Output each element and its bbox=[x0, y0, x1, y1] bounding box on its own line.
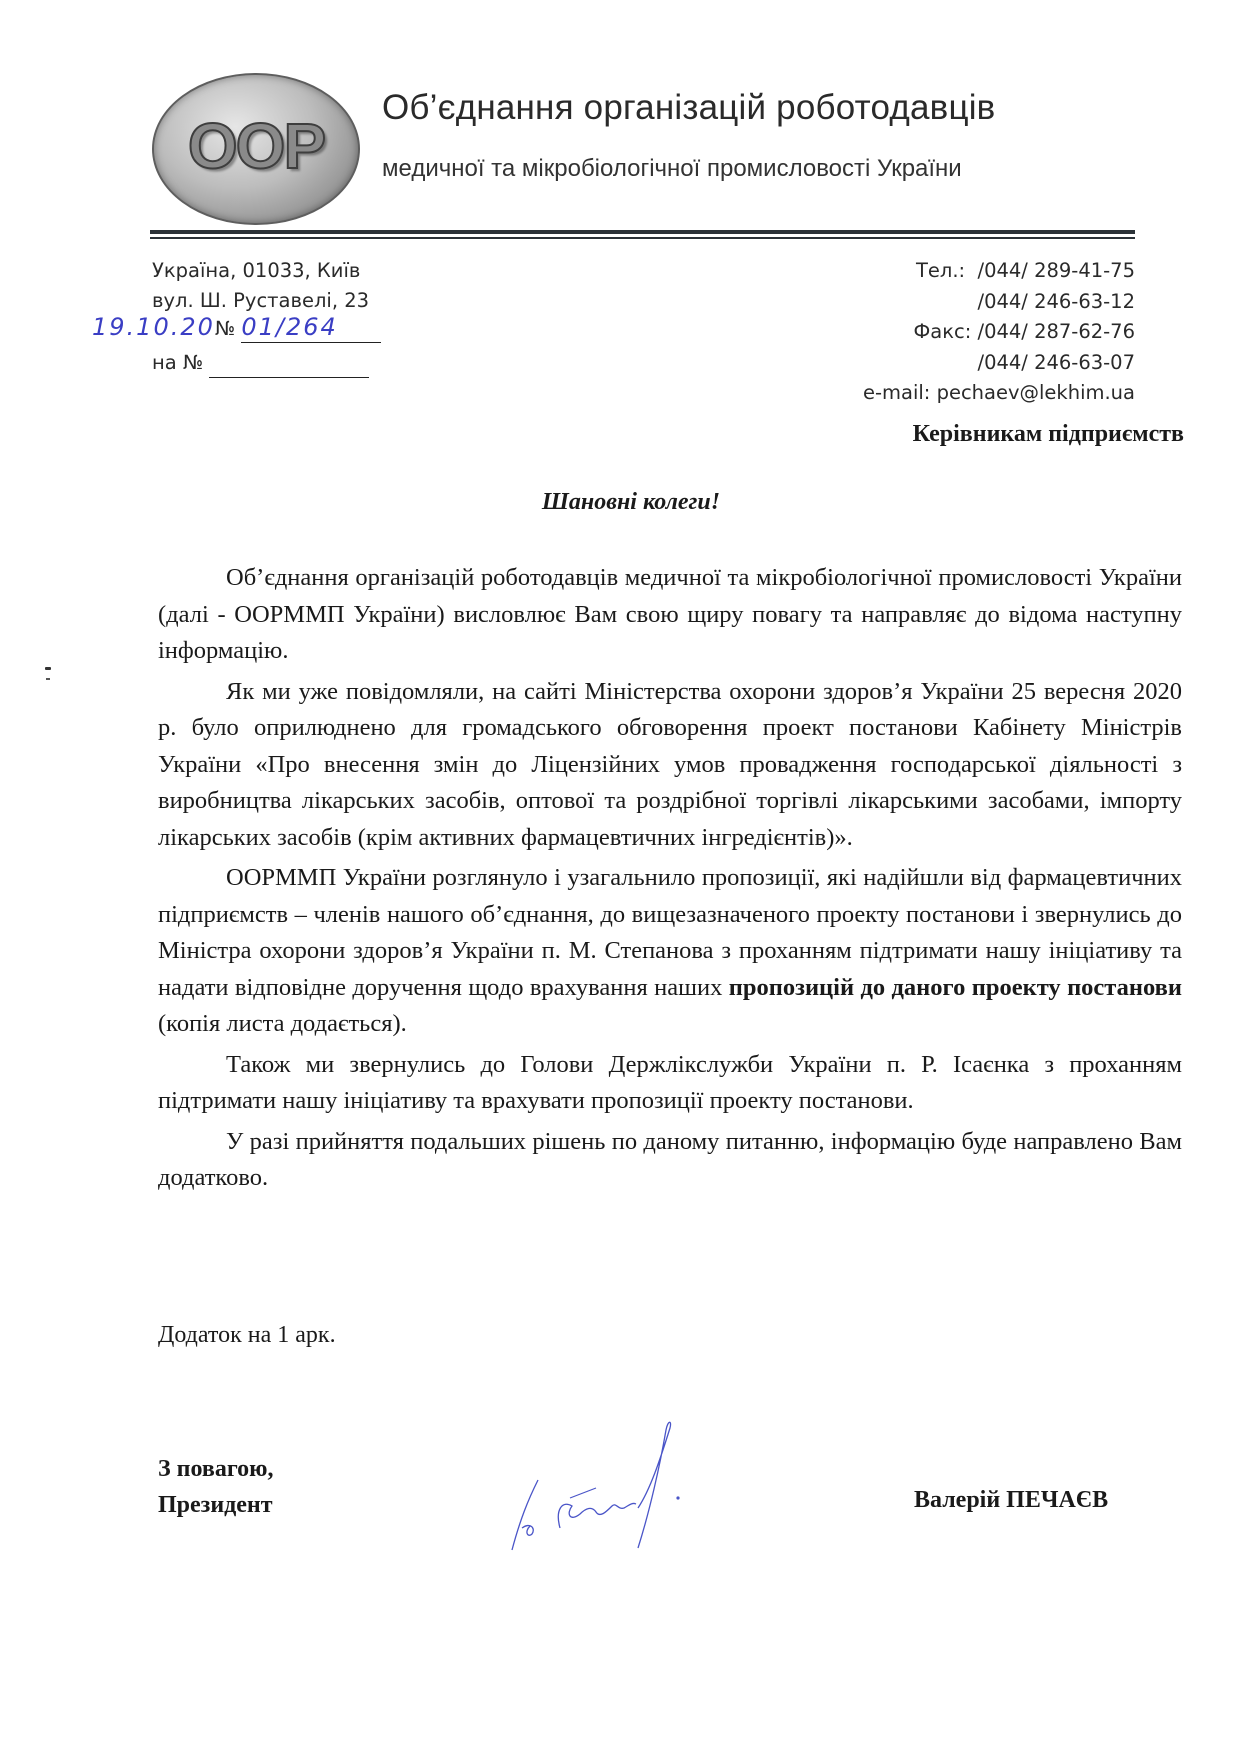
greeting: Шановні колеги! bbox=[0, 489, 1242, 516]
outgoing-reference: 19.10.20№ 01/264 bbox=[92, 312, 381, 344]
paragraph-3: ООРММП України розглянуло і узагальнило … bbox=[158, 860, 1182, 1043]
fax-2: /044/ 246-63-07 bbox=[863, 348, 1135, 379]
fax-row-1: Факс: /044/ 287-62-76 bbox=[863, 317, 1135, 348]
closing: З повагою, Президент bbox=[158, 1451, 274, 1523]
reference-line: на № bbox=[152, 348, 369, 378]
email-row: e-mail: pechaev@lekhim.ua bbox=[863, 378, 1135, 409]
annex-note: Додаток на 1 арк. bbox=[158, 1322, 336, 1349]
signer-title: Президент bbox=[158, 1487, 274, 1523]
phone-row-1: Тел.: /044/ 289-41-75 bbox=[863, 256, 1135, 287]
organization-logo: OOP bbox=[152, 73, 360, 225]
email-address: pechaev@lekhim.ua bbox=[937, 381, 1135, 404]
letter-body: Об’єднання організацій роботодавців меди… bbox=[158, 560, 1182, 1201]
reference-label: на № bbox=[152, 351, 203, 374]
organization-subtitle: медичної та мікробіологічної промисловос… bbox=[382, 155, 962, 183]
handwritten-date: 19.10.20 bbox=[92, 313, 215, 341]
reference-blank bbox=[209, 357, 369, 378]
scan-artifact bbox=[45, 667, 51, 670]
header-divider-thin bbox=[150, 237, 1135, 239]
paragraph-2: Як ми уже повідомляли, на сайті Міністер… bbox=[158, 674, 1182, 857]
recipient: Керівникам підприємств bbox=[913, 421, 1184, 448]
paragraph-5: У разі прийняття подальших рішень по дан… bbox=[158, 1124, 1182, 1197]
closing-regards: З повагою, bbox=[158, 1451, 274, 1487]
organization-title: Об’єднання організацій роботодавців bbox=[382, 88, 995, 128]
handwritten-signature bbox=[500, 1410, 800, 1560]
fax-1: /044/ 287-62-76 bbox=[978, 320, 1135, 343]
header-divider-thick bbox=[150, 230, 1135, 234]
emphasized-proposals: пропозицій до даного проекту постанови bbox=[729, 974, 1182, 1001]
paragraph-4: Також ми звернулись до Голови Держлікслу… bbox=[158, 1047, 1182, 1120]
phone-2: /044/ 246-63-12 bbox=[863, 287, 1135, 318]
handwritten-outgoing-number: 01/264 bbox=[241, 312, 381, 343]
logo-text: OOP bbox=[154, 109, 358, 183]
paragraph-1: Об’єднання організацій роботодавців меди… bbox=[158, 560, 1182, 670]
phone-1: /044/ 289-41-75 bbox=[978, 259, 1135, 282]
scan-artifact bbox=[46, 678, 50, 680]
address-line-1: Україна, 01033, Київ bbox=[152, 256, 360, 286]
number-label: № bbox=[215, 317, 235, 340]
contact-block: Тел.: /044/ 289-41-75 /044/ 246-63-12 Фа… bbox=[863, 256, 1135, 409]
signer-name: Валерій ПЕЧАЄВ bbox=[914, 1487, 1108, 1514]
